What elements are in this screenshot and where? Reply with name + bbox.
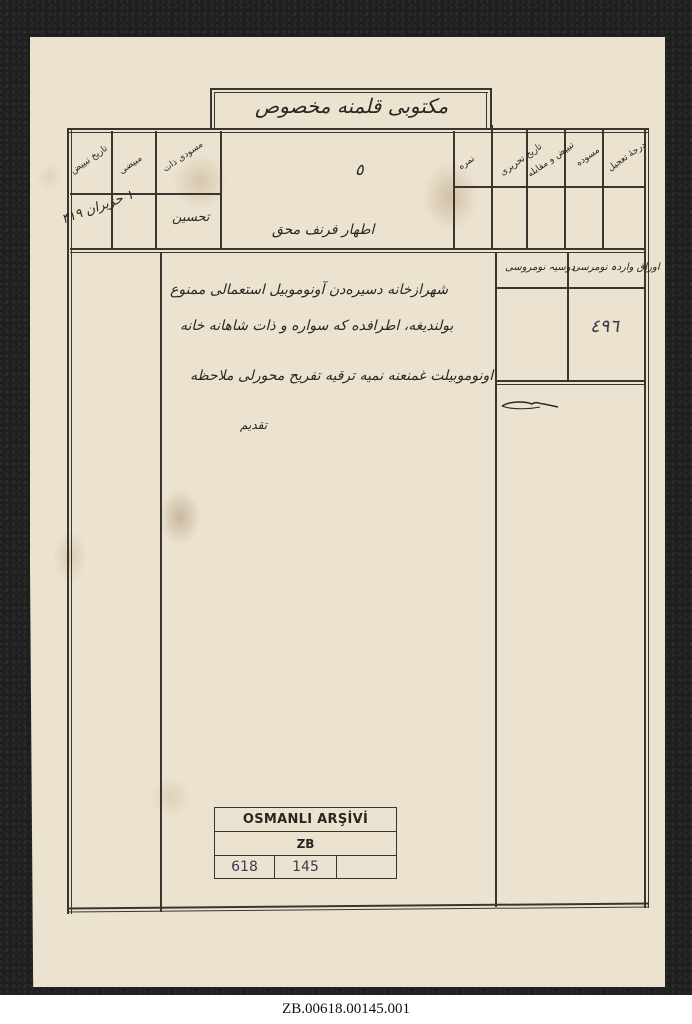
center-mark: ٥	[355, 160, 364, 179]
registry-bottom	[497, 380, 646, 385]
stamp-collection: ZB	[215, 832, 396, 856]
registry-label-incoming: اوراق واردہ نومرسی	[572, 262, 660, 273]
stamp-dossier-number: 618	[215, 856, 275, 878]
title-box-right-inner	[486, 92, 487, 130]
registry-label-dossier: دوسیہ نومروسی	[505, 262, 575, 273]
frame-left	[67, 128, 72, 914]
stamp-reference-row: 618 145	[215, 856, 396, 878]
drafter-value: تحسین	[172, 210, 209, 225]
body-line-1: شهرازخانه دسیرەدن آونوموبیل استعمالی ممن…	[170, 282, 448, 298]
body-line-2: بولندیغه، اطرافده که سواره و ذات شاهانه …	[180, 318, 453, 334]
left-col-sep-3	[220, 131, 222, 250]
left-header-mid-line	[70, 193, 220, 195]
title-box-left-inner	[214, 92, 215, 130]
stamp-shirt-number: 145	[275, 856, 337, 878]
registry-header-bottom	[497, 287, 646, 289]
subject-line: اطهار فرنف محق	[272, 222, 374, 238]
registry-incoming-number: ٤٩٦	[590, 316, 619, 337]
header-title: مکتوبی قلمنه مخصوص	[255, 94, 448, 118]
stamp-institution: OSMANLI ARŞİVİ	[215, 808, 396, 832]
right-col-sep-5	[602, 128, 604, 250]
image-caption: ZB.00618.00145.001	[0, 997, 692, 1024]
right-header-mid-line	[454, 186, 646, 188]
right-col-sep-1	[453, 131, 455, 250]
closing-word: تقدیم	[240, 418, 267, 432]
title-box-right	[490, 88, 492, 130]
title-box-top	[210, 88, 492, 90]
body-left-sep	[160, 252, 162, 912]
right-col-sep-3	[526, 128, 528, 250]
body-right-sep	[495, 252, 497, 907]
frame-right	[644, 128, 649, 908]
left-col-sep-2	[155, 131, 157, 250]
title-box-left	[210, 88, 212, 130]
stamp-extra-cell	[337, 856, 396, 878]
title-box-top-inner	[214, 92, 488, 93]
signature-mark	[500, 398, 560, 412]
right-col-sep-2	[491, 125, 493, 250]
archive-stamp: OSMANLI ARŞİVİ ZB 618 145	[214, 807, 397, 879]
body-line-3: اونوموبیلت غمنعنه نمیه ترقیه تفریح محورل…	[190, 368, 493, 384]
left-col-sep-1	[111, 131, 113, 250]
